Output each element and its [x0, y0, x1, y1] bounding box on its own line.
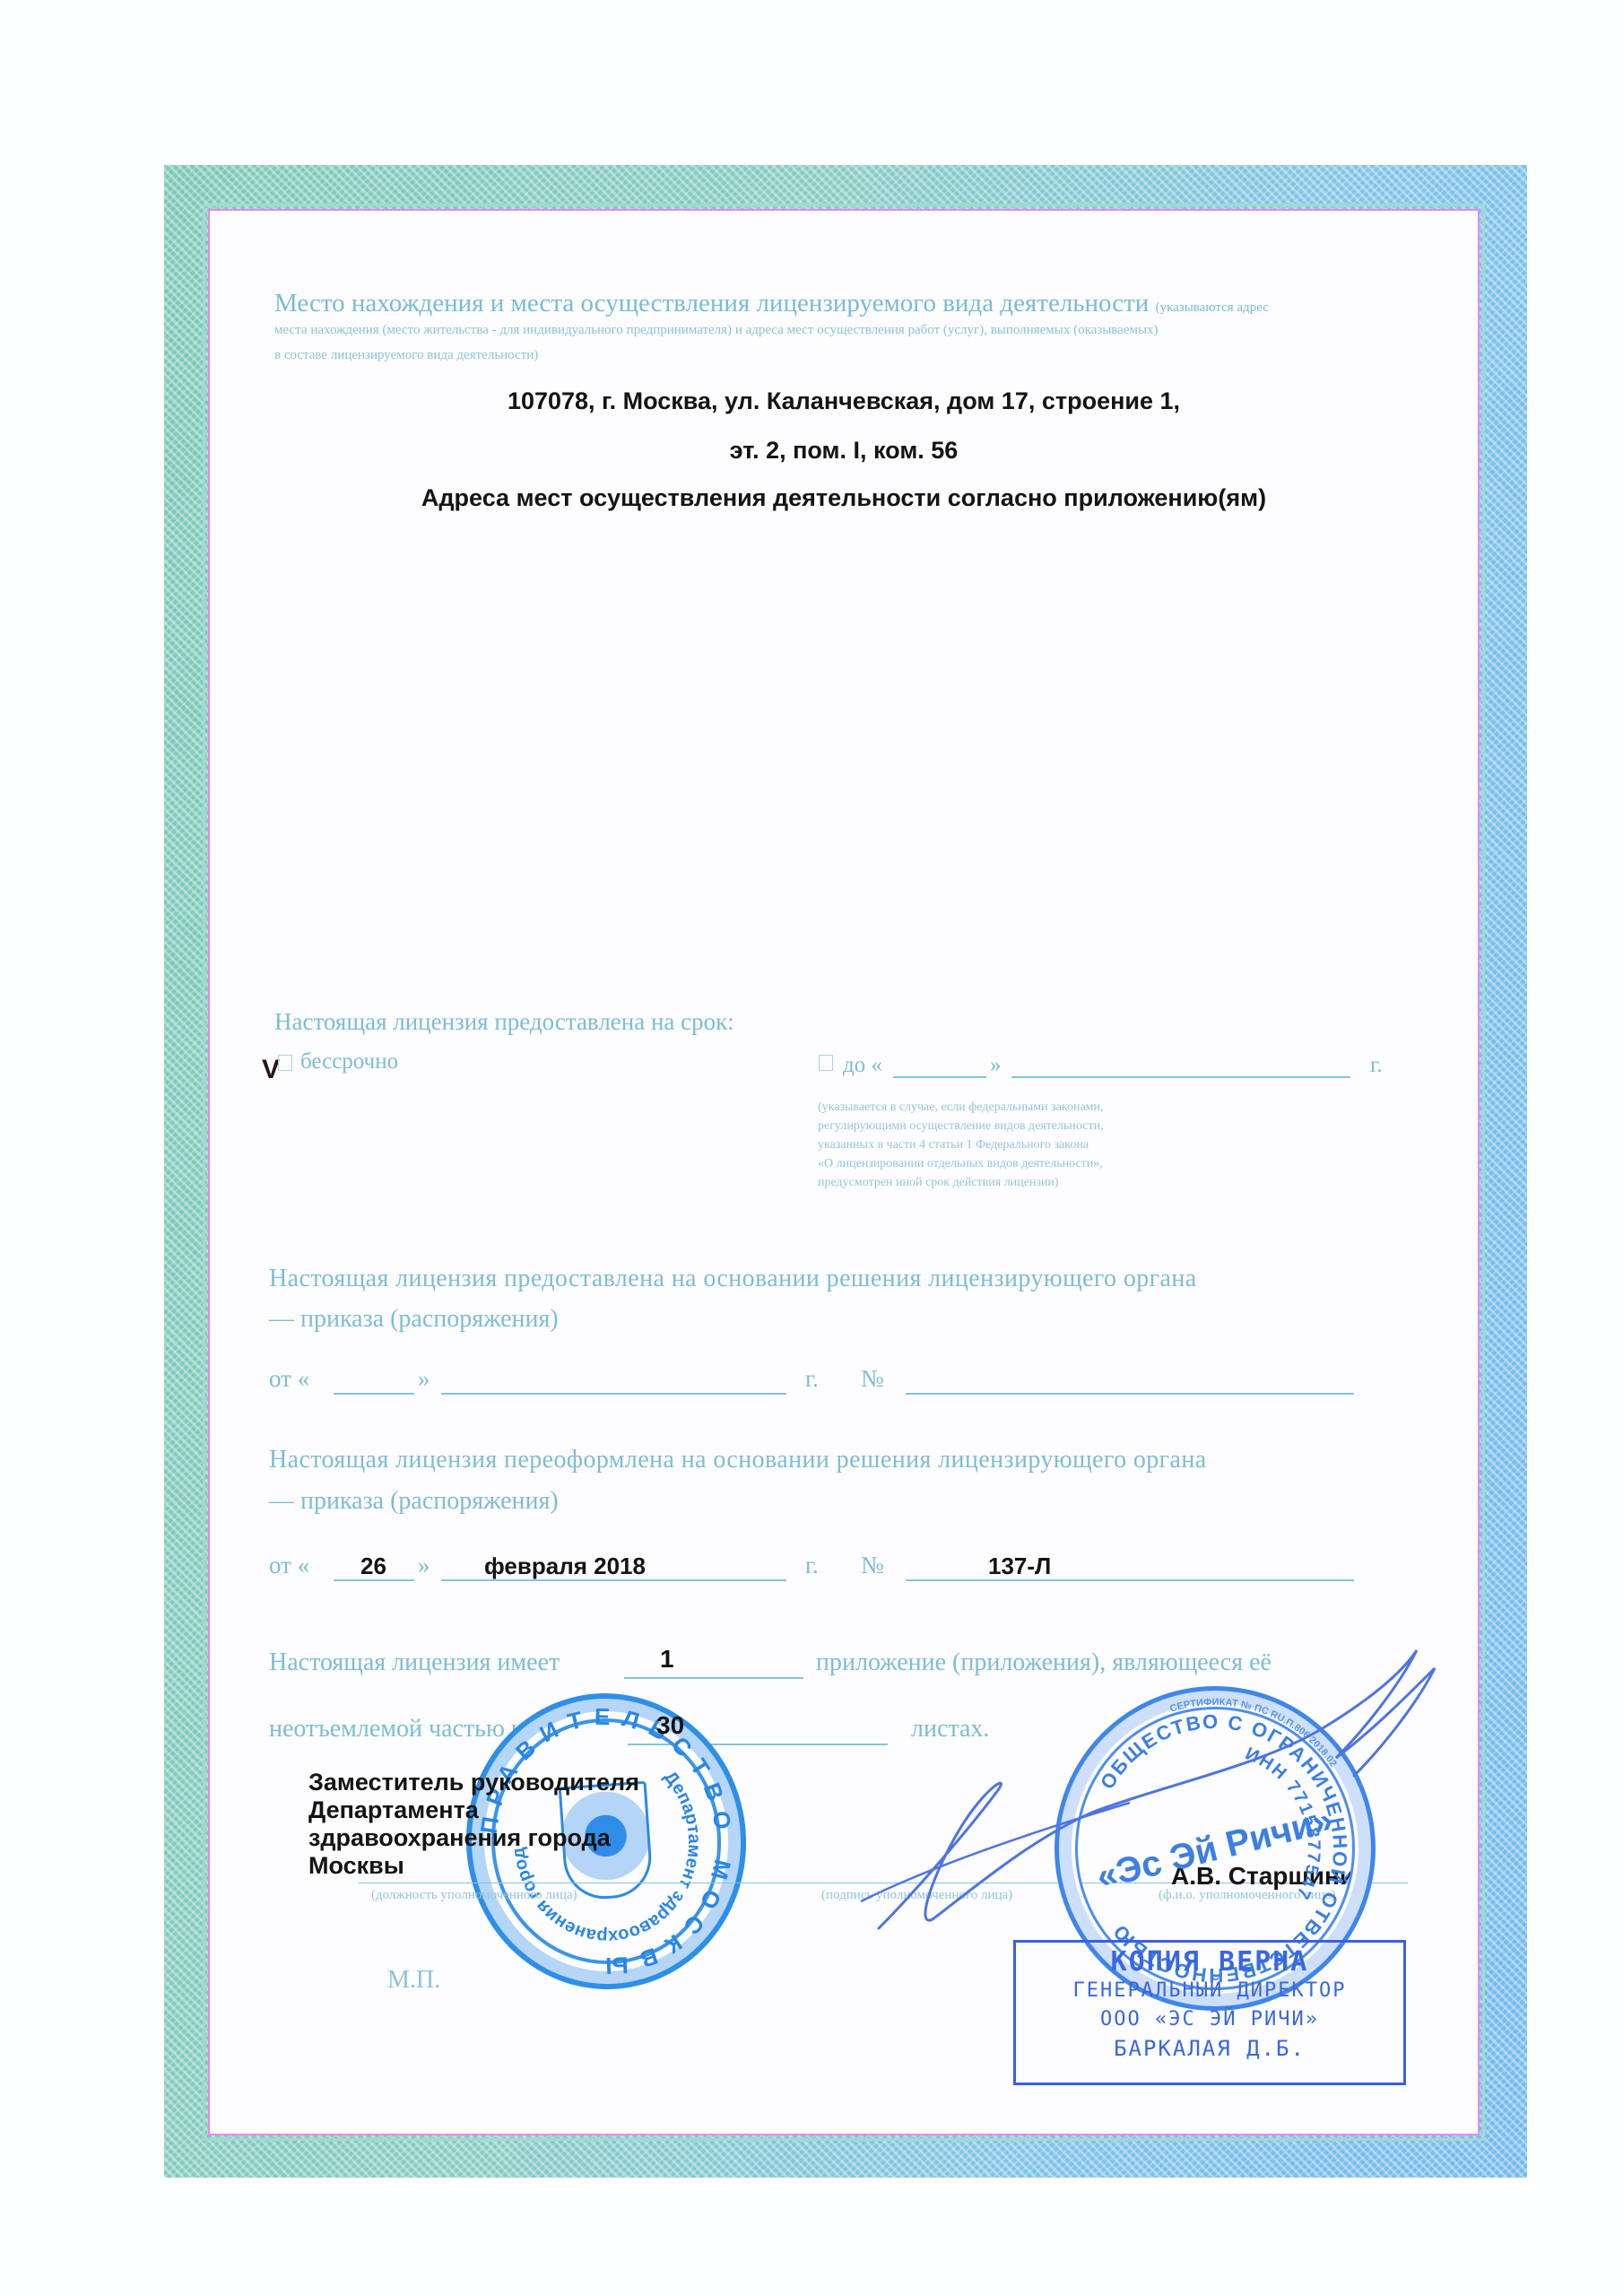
reissue-line-2: — приказа (распоряжения)	[269, 1487, 559, 1516]
reissue-from-label: от «	[269, 1552, 309, 1579]
term-heading: Настоящая лицензия предоставлена на срок…	[274, 1008, 734, 1036]
location-note-line2: места нахождения (место жительства - для…	[274, 323, 1159, 338]
check-mark: V	[262, 1055, 280, 1085]
grant-year-suffix: г.	[805, 1365, 819, 1393]
grant-number-label: №	[861, 1365, 884, 1393]
copy-certification-stamp: КОПИЯ ВЕРНА ГЕНЕРАЛЬНЫЙ ДИРЕКТОР ООО «ЭС…	[1013, 1940, 1406, 2085]
appendix-count-field[interactable]	[624, 1677, 803, 1679]
unlimited-option-label: бессрочно	[300, 1049, 398, 1074]
position-line: Департамента	[308, 1796, 639, 1824]
signature-caption: (подпись уполномоченного лица)	[821, 1886, 1012, 1905]
unlimited-checkbox[interactable]	[278, 1055, 292, 1071]
address-line-2: эт. 2, пом. I, ком. 56	[208, 437, 1480, 465]
until-year-suffix: г.	[1370, 1053, 1383, 1078]
term-note: (указывается в случае, если федеральными…	[818, 1098, 1104, 1192]
until-label: до «	[843, 1053, 882, 1078]
until-day-field[interactable]	[893, 1076, 986, 1078]
appendix-line1-suffix: приложение (приложения), являющееся её	[816, 1648, 1271, 1677]
term-note-line: «О лицензировании отдельных видов деятел…	[818, 1154, 1104, 1173]
signatory-position: Заместитель руководителя Департамента зд…	[308, 1769, 639, 1880]
address-line-1: 107078, г. Москва, ул. Каланчевская, дом…	[208, 387, 1480, 415]
reissue-month-year-value: февраля 2018	[484, 1552, 646, 1580]
position-caption: (должность уполномоченного лица)	[371, 1886, 577, 1905]
appendix-line2-suffix: листах.	[911, 1715, 989, 1744]
copy-director-title: ГЕНЕРАЛЬНЫЙ ДИРЕКТОР	[1016, 1977, 1403, 2005]
position-line: Москвы	[308, 1852, 639, 1880]
grant-day-field[interactable]	[334, 1393, 414, 1395]
sheet-count-value: 30	[656, 1711, 684, 1740]
term-note-line: (указывается в случае, если федеральными…	[818, 1098, 1104, 1117]
grant-number-field[interactable]	[906, 1393, 1354, 1395]
reissue-number-label: №	[861, 1552, 884, 1579]
reissue-number-value: 137-Л	[988, 1552, 1051, 1580]
copy-director-name: БАРКАЛАЯ Д.Б.	[1016, 2034, 1403, 2063]
grant-close-quote: »	[418, 1365, 430, 1393]
until-month-year-field[interactable]	[1011, 1076, 1350, 1078]
copy-company-name: ООО «ЭС ЭЙ РИЧИ»	[1016, 2005, 1403, 2034]
location-heading-text: Место нахождения и места осуществления л…	[274, 289, 1149, 317]
until-checkbox[interactable]	[819, 1055, 833, 1071]
grant-line-2: — приказа (распоряжения)	[269, 1305, 559, 1334]
position-line: Заместитель руководителя	[308, 1769, 639, 1796]
grant-line-1: Настоящая лицензия предоставлена на осно…	[269, 1265, 1197, 1293]
reissue-close-quote: »	[418, 1552, 430, 1579]
grant-from-label: от «	[269, 1365, 309, 1393]
grant-month-year-field[interactable]	[441, 1393, 786, 1395]
reissue-year-suffix: г.	[805, 1552, 819, 1579]
term-note-line: предусмотрен иной срок действия лицензии…	[818, 1173, 1104, 1192]
until-close-quote: »	[990, 1053, 1002, 1078]
appendix-line1-prefix: Настоящая лицензия имеет	[269, 1648, 560, 1677]
location-heading: Место нахождения и места осуществления л…	[274, 289, 1269, 318]
term-note-line: регулирующими осуществление видов деятел…	[818, 1117, 1104, 1135]
reissue-number-field[interactable]	[906, 1579, 1354, 1581]
reissue-day-value: 26	[360, 1552, 386, 1580]
appendix-count-value: 1	[660, 1645, 674, 1674]
copy-true-label: КОПИЯ ВЕРНА	[1016, 1948, 1403, 1977]
location-note-line3: в составе лицензируемого вида деятельнос…	[274, 348, 538, 363]
seal-place-label: М.П.	[387, 1966, 440, 1995]
location-heading-note: (указываются адрес	[1156, 300, 1269, 315]
address-line-3: Адреса мест осуществления деятельности с…	[208, 484, 1480, 512]
position-line: здравоохранения города	[308, 1824, 639, 1852]
reissue-line-1: Настоящая лицензия переоформлена на осно…	[269, 1446, 1207, 1474]
term-note-line: указанных в части 4 статьи 1 Федеральног…	[818, 1135, 1104, 1154]
